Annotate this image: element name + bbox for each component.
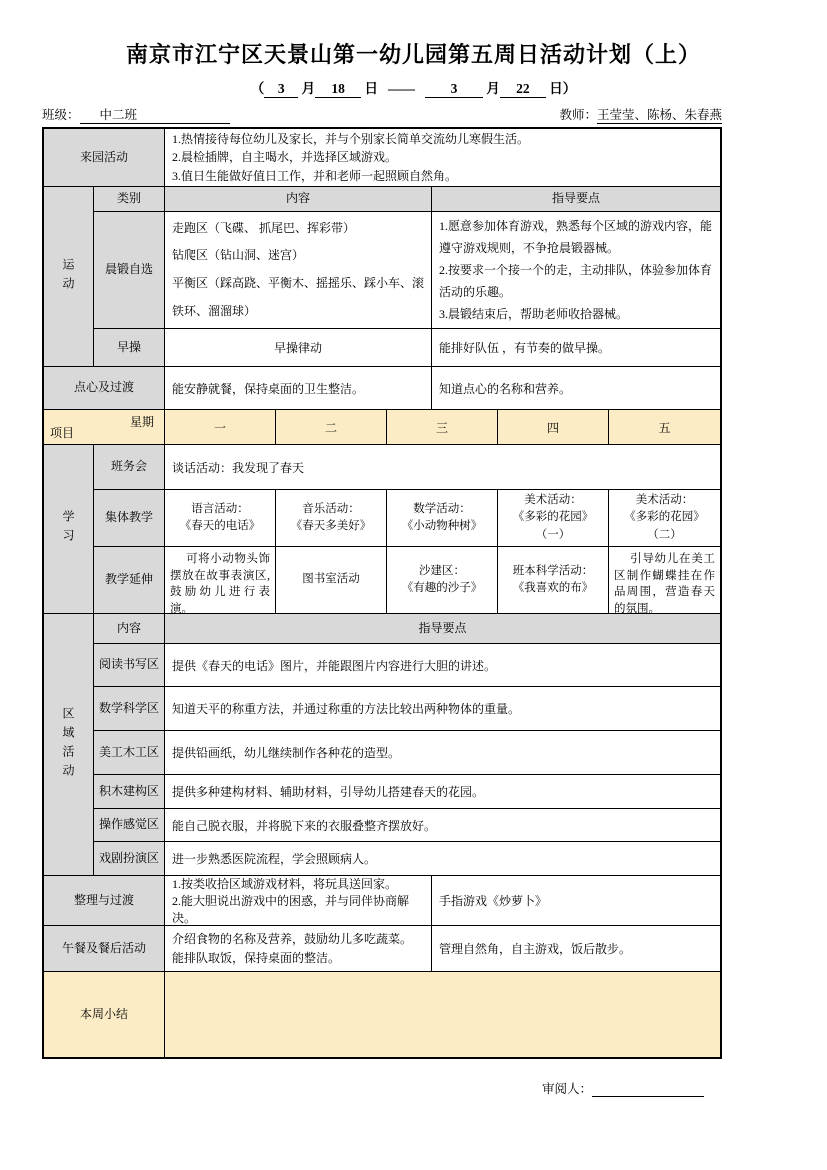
- learning-section-label: 学习: [44, 445, 94, 613]
- class-label: 班级：: [42, 108, 80, 122]
- lunch-content: 介绍食物的名称及营养，鼓励幼儿多吃蔬菜。 能排队取饭，保持桌面的整洁。: [165, 926, 432, 971]
- date-range: （3 月18 日——3 月22 日）: [0, 77, 827, 98]
- teaching-extension-label: 教学延伸: [94, 547, 165, 613]
- operation-sense-area-text: 能自己脱衣服，并将脱下来的衣服叠整齐摆放好。: [165, 809, 720, 841]
- block-area-label: 积木建构区: [94, 775, 165, 808]
- teaching-extension-thu: 班本科学活动： 《我喜欢的布》: [498, 547, 609, 613]
- reviewer-signature-line: [592, 1084, 704, 1097]
- morning-gym-content: 早操律动: [165, 329, 432, 366]
- math-science-area-row: 数学科学区 知道天平的称重方法，并通过称重的方法比较出两种物体的重量。: [94, 687, 720, 731]
- sports-section-label: 运动: [44, 187, 94, 366]
- sports-header-row: 类别 内容 指导要点: [94, 187, 720, 212]
- drama-area-row: 戏剧扮演区 进一步熟悉医院流程，学会照顾病人。: [94, 842, 720, 875]
- weekday-tuesday: 二: [276, 410, 387, 444]
- group-teaching-row: 集体教学 语言活动： 《春天的电话》 音乐活动： 《春天多美好》 数学活动： 《…: [94, 490, 720, 547]
- end-day-value: 22: [500, 81, 546, 98]
- operation-sense-area-label: 操作感觉区: [94, 809, 165, 841]
- weekday-corner-bottom: 项目: [50, 424, 74, 441]
- teaching-extension-row: 教学延伸 可将小动物头饰摆放在故事表演区,鼓励幼儿进行表演。 图书室活动 沙建区…: [94, 547, 720, 613]
- group-teaching-mon: 语言活动： 《春天的电话》: [165, 490, 276, 546]
- learning-section: 学习 班务会 谈话活动：我发现了春天 集体教学 语言活动： 《春天的电话》 音乐…: [44, 445, 720, 614]
- group-teaching-thu: 美术活动： 《多彩的花园》 （一）: [498, 490, 609, 546]
- morning-gym-guidance: 能排好队伍 ，有节奏的做早操。: [432, 329, 720, 366]
- math-science-area-text: 知道天平的称重方法，并通过称重的方法比较出两种物体的重量。: [165, 687, 720, 730]
- weekday-corner-cell: 星期 项目: [44, 410, 165, 444]
- document-page: 南京市江宁区天景山第一幼儿园第五周日活动计划（上） （3 月18 日——3 月2…: [0, 0, 827, 1170]
- teaching-extension-mon: 可将小动物头饰摆放在故事表演区,鼓励幼儿进行表演。: [165, 547, 276, 613]
- class-field: 班级：中二班: [42, 105, 230, 124]
- teaching-extension-tue: 图书室活动: [276, 547, 387, 613]
- lunch-label: 午餐及餐后活动: [44, 926, 165, 971]
- sports-rows: 类别 内容 指导要点 晨锻自选 走跑区（飞碟、 抓尾巴、挥彩带） 钻爬区（钻山洞…: [94, 187, 720, 366]
- group-teaching-wed: 数学活动： 《小动物种树》: [387, 490, 498, 546]
- start-day-value: 18: [315, 81, 361, 98]
- meta-row: 班级：中二班 教师：王莹莹、陈杨、朱春燕: [42, 105, 722, 124]
- weekly-summary-label: 本周小结: [44, 972, 165, 1057]
- content-header: 内容: [165, 187, 432, 211]
- group-teaching-fri: 美术活动： 《多彩的花园》 （二）: [609, 490, 720, 546]
- operation-sense-area-row: 操作感觉区 能自己脱衣服，并将脱下来的衣服叠整齐摆放好。: [94, 809, 720, 842]
- group-teaching-label: 集体教学: [94, 490, 165, 546]
- snack-transition-row: 点心及过渡 能安静就餐，保持桌面的卫生整洁。 知道点心的名称和营养。: [44, 367, 720, 410]
- snack-guidance: 知道点心的名称和营养。: [432, 367, 720, 409]
- morning-gym-row: 早操 早操律动 能排好队伍 ，有节奏的做早操。: [94, 329, 720, 366]
- area-activity-rows: 内容 指导要点 阅读书写区 提供《春天的电话》图片，并能跟图片内容进行大胆的讲述…: [94, 614, 720, 875]
- snack-content: 能安静就餐，保持桌面的卫生整洁。: [165, 367, 432, 409]
- snack-transition-label: 点心及过渡: [44, 367, 165, 409]
- arrival-activities-row: 来园活动 1.热情接待每位幼儿及家长，并与个别家长简单交流幼儿寒假生活。 2.晨…: [44, 129, 720, 187]
- teacher-names: 王莹莹、陈杨、朱春燕: [597, 105, 722, 124]
- area-guidance-header: 指导要点: [165, 614, 720, 643]
- start-day-unit: 日: [365, 81, 379, 96]
- arrival-activities-label: 来园活动: [44, 129, 165, 186]
- morning-exercise-row: 晨锻自选 走跑区（飞碟、 抓尾巴、挥彩带） 钻爬区（钻山洞、迷宫） 平衡区（踩高…: [94, 212, 720, 329]
- reading-area-label: 阅读书写区: [94, 644, 165, 686]
- guidance-header: 指导要点: [432, 187, 720, 211]
- lunch-guidance: 管理自然角，自主游戏，饭后散步。: [432, 926, 720, 971]
- date-open-paren: （: [251, 81, 265, 96]
- reviewer-label: 审阅人：: [542, 1082, 592, 1096]
- art-wood-area-row: 美工木工区 提供铅画纸，幼儿继续制作各种花的造型。: [94, 731, 720, 775]
- arrival-item: 3.值日生能做好值日工作，并和老师一起照顾自然角。: [172, 167, 713, 186]
- arrival-item: 2.晨检插牌，自主喝水，并选择区域游戏。: [172, 148, 713, 167]
- date-dash: ——: [388, 81, 415, 97]
- reading-area-row: 阅读书写区 提供《春天的电话》图片，并能跟图片内容进行大胆的讲述。: [94, 644, 720, 687]
- weekday-corner-top: 星期: [130, 413, 154, 430]
- tidy-transition-row: 整理与过渡 1.按类收拾区域游戏材料，将玩具送回家。 2.能大胆说出游戏中的困惑…: [44, 876, 720, 926]
- weekday-header-row: 星期 项目 一 二 三 四 五: [44, 410, 720, 445]
- page-title: 南京市江宁区天景山第一幼儿园第五周日活动计划（上）: [0, 0, 827, 69]
- teaching-extension-wed: 沙建区： 《有趣的沙子》: [387, 547, 498, 613]
- class-meeting-label: 班务会: [94, 445, 165, 489]
- start-month-value: 3: [264, 81, 298, 98]
- weekly-summary-content: [165, 972, 720, 1057]
- weekday-thursday: 四: [498, 410, 609, 444]
- area-header-row: 内容 指导要点: [94, 614, 720, 644]
- activity-plan-table: 来园活动 1.热情接待每位幼儿及家长，并与个别家长简单交流幼儿寒假生活。 2.晨…: [42, 127, 722, 1059]
- arrival-item: 1.热情接待每位幼儿及家长，并与个别家长简单交流幼儿寒假生活。: [172, 130, 713, 149]
- learning-rows: 班务会 谈话活动：我发现了春天 集体教学 语言活动： 《春天的电话》 音乐活动：…: [94, 445, 720, 613]
- area-content-header: 内容: [94, 614, 165, 643]
- art-wood-area-text: 提供铅画纸，幼儿继续制作各种花的造型。: [165, 731, 720, 774]
- teacher-field: 教师：王莹莹、陈杨、朱春燕: [559, 105, 722, 124]
- category-header: 类别: [94, 187, 165, 211]
- teaching-extension-fri: 引导幼儿在美工区制作蝴蝶挂在作品周围，营造春天的氛围。: [609, 547, 720, 613]
- end-month-unit: 月: [486, 81, 500, 96]
- class-meeting-row: 班务会 谈话活动：我发现了春天: [94, 445, 720, 490]
- weekly-summary-row: 本周小结: [44, 972, 720, 1057]
- sports-section: 运动 类别 内容 指导要点 晨锻自选 走跑区（飞碟、 抓尾巴、挥彩带） 钻爬区（…: [44, 187, 720, 367]
- weekday-friday: 五: [609, 410, 720, 444]
- start-month-unit: 月: [302, 81, 316, 96]
- drama-area-text: 进一步熟悉医院流程，学会照顾病人。: [165, 842, 720, 875]
- arrival-activities-content: 1.热情接待每位幼儿及家长，并与个别家长简单交流幼儿寒假生活。 2.晨检插牌，自…: [165, 129, 720, 186]
- tidy-transition-label: 整理与过渡: [44, 876, 165, 925]
- class-value: 中二班: [80, 105, 230, 124]
- morning-gym-label: 早操: [94, 329, 165, 366]
- end-month-value: 3: [425, 81, 483, 98]
- morning-exercise-label: 晨锻自选: [94, 212, 165, 328]
- block-area-row: 积木建构区 提供多种建构材料、辅助材料，引导幼儿搭建春天的花园。: [94, 775, 720, 809]
- weekday-wednesday: 三: [387, 410, 498, 444]
- reading-area-text: 提供《春天的电话》图片，并能跟图片内容进行大胆的讲述。: [165, 644, 720, 686]
- class-meeting-content: 谈话活动：我发现了春天: [165, 445, 720, 489]
- area-activity-section: 区域活动 内容 指导要点 阅读书写区 提供《春天的电话》图片，并能跟图片内容进行…: [44, 614, 720, 876]
- area-activity-label: 区域活动: [44, 614, 94, 875]
- block-area-text: 提供多种建构材料、辅助材料，引导幼儿搭建春天的花园。: [165, 775, 720, 808]
- reviewer-row: 审阅人：: [42, 1079, 722, 1097]
- art-wood-area-label: 美工木工区: [94, 731, 165, 774]
- drama-area-label: 戏剧扮演区: [94, 842, 165, 875]
- teacher-label: 教师：: [559, 108, 597, 122]
- morning-exercise-guidance: 1.愿意参加体育游戏，熟悉每个区域的游戏内容，能遵守游戏规则，不争抢晨锻器械。 …: [432, 212, 720, 328]
- morning-exercise-content: 走跑区（飞碟、 抓尾巴、挥彩带） 钻爬区（钻山洞、迷宫） 平衡区（踩高跷、平衡木…: [165, 212, 432, 328]
- tidy-transition-guidance: 手指游戏《炒萝卜》: [432, 876, 720, 925]
- lunch-row: 午餐及餐后活动 介绍食物的名称及营养，鼓励幼儿多吃蔬菜。 能排队取饭，保持桌面的…: [44, 926, 720, 972]
- group-teaching-tue: 音乐活动： 《春天多美好》: [276, 490, 387, 546]
- math-science-area-label: 数学科学区: [94, 687, 165, 730]
- weekday-monday: 一: [165, 410, 276, 444]
- tidy-transition-content: 1.按类收拾区域游戏材料，将玩具送回家。 2.能大胆说出游戏中的困惑，并与同伴协…: [165, 876, 432, 925]
- date-close: 日）: [549, 81, 576, 96]
